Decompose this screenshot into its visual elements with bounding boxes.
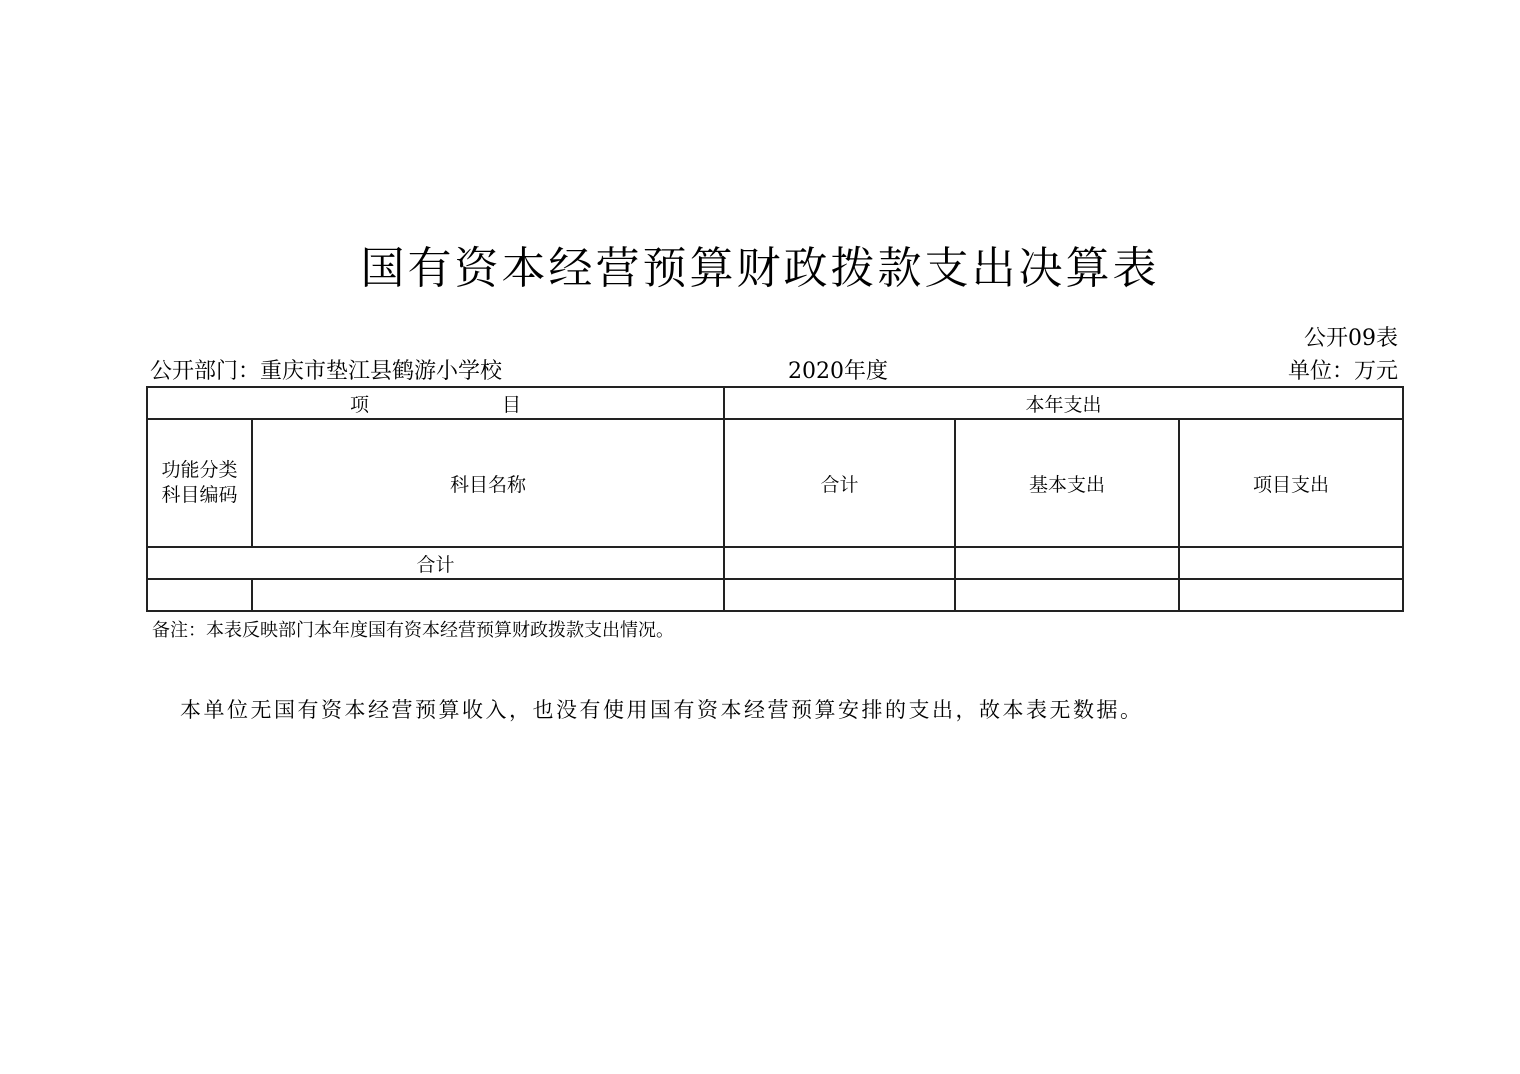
total-row-basic xyxy=(955,547,1179,579)
header-function-code: 功能分类 科目编码 xyxy=(147,419,252,547)
table-row xyxy=(147,579,1403,611)
header-function-code-line2: 科目编码 xyxy=(148,483,251,508)
total-row: 合计 xyxy=(147,547,1403,579)
table-number: 公开09表 xyxy=(1304,326,1398,352)
unit-label: 单位：万元 xyxy=(1288,359,1398,385)
document-title: 国有资本经营预算财政拨款支出决算表 xyxy=(0,232,1520,296)
header-function-code-line1: 功能分类 xyxy=(148,458,251,483)
row-basic xyxy=(955,579,1179,611)
header-subject-name: 科目名称 xyxy=(252,419,724,547)
header-basic-expense: 基本支出 xyxy=(955,419,1179,547)
table-note: 备注：本表反映部门本年度国有资本经营预算财政拨款支出情况。 xyxy=(152,616,674,642)
total-row-label: 合计 xyxy=(147,547,724,579)
fiscal-year: 2020年度 xyxy=(788,359,888,385)
row-total xyxy=(724,579,955,611)
no-data-statement: 本单位无国有资本经营预算收入，也没有使用国有资本经营预算安排的支出，故本表无数据… xyxy=(180,694,1144,724)
total-row-project xyxy=(1179,547,1403,579)
row-name xyxy=(252,579,724,611)
row-code xyxy=(147,579,252,611)
row-project xyxy=(1179,579,1403,611)
header-group-row: 项 目 本年支出 xyxy=(147,387,1403,419)
header-item-group: 项 目 xyxy=(147,387,724,419)
header-expense-group: 本年支出 xyxy=(724,387,1403,419)
expenditure-table: 项 目 本年支出 功能分类 科目编码 科目名称 合计 基本支出 项目支出 合计 xyxy=(146,386,1404,612)
header-total: 合计 xyxy=(724,419,955,547)
department-label: 公开部门：重庆市垫江县鹤游小学校 xyxy=(150,359,502,385)
header-project-expense: 项目支出 xyxy=(1179,419,1403,547)
total-row-total xyxy=(724,547,955,579)
header-column-row: 功能分类 科目编码 科目名称 合计 基本支出 项目支出 xyxy=(147,419,1403,547)
